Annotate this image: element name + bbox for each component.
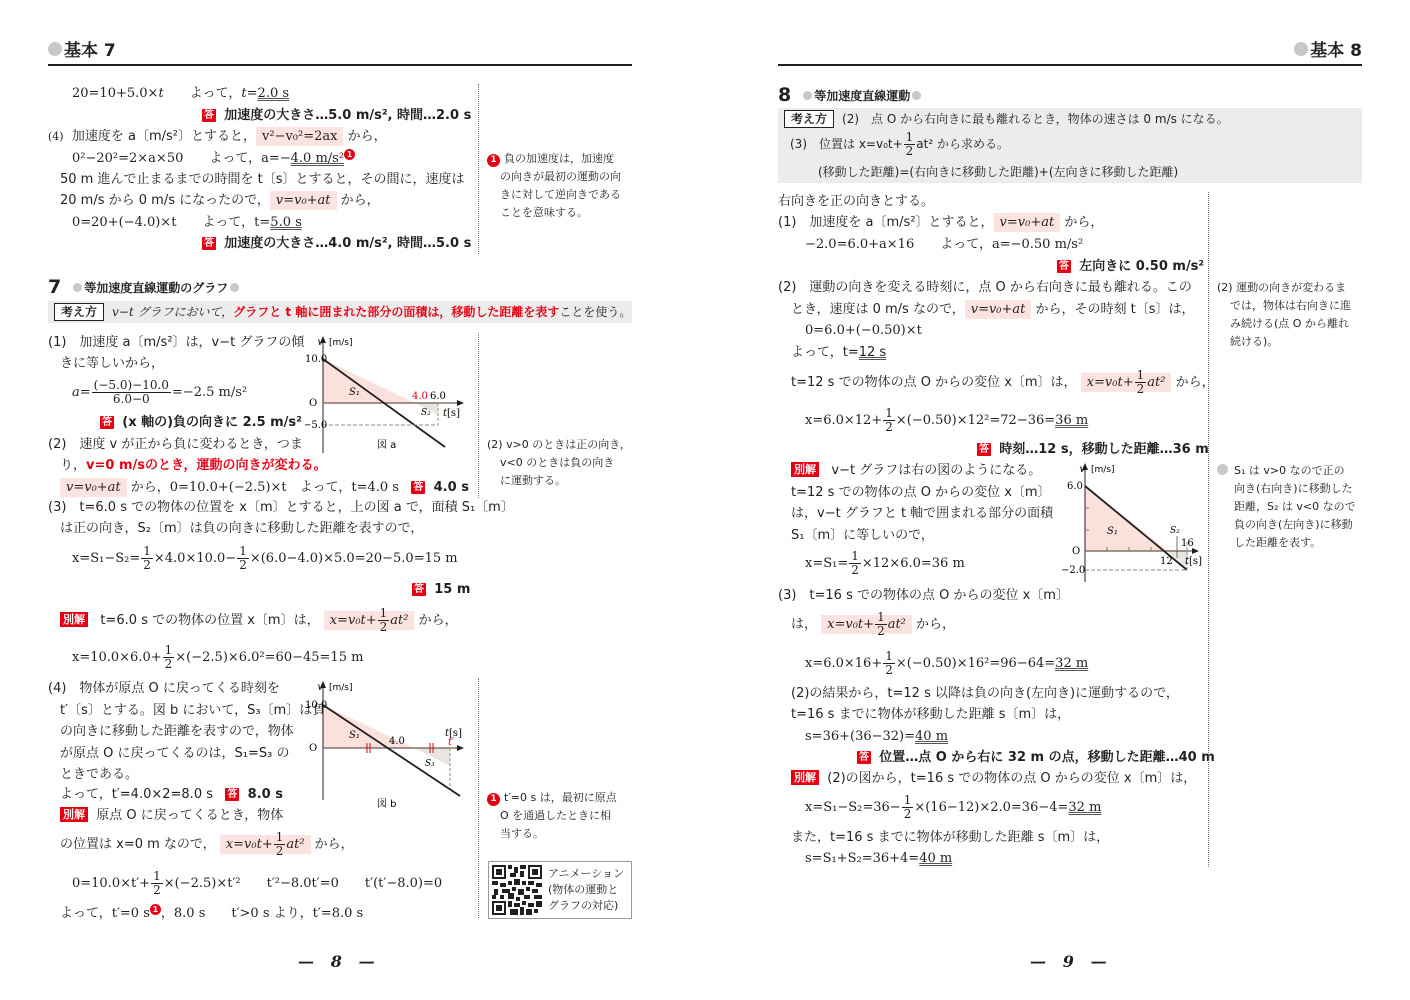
answer-tag: 答 — [202, 109, 216, 122]
text-line: 別解 v−t グラフは右の図のようになる。 — [791, 461, 1041, 481]
svg-text:O: O — [309, 398, 317, 409]
alt-solution-tag: 別解 — [791, 770, 819, 785]
alt-solution-tag: 別解 — [791, 462, 819, 477]
page-number: — 8 — — [298, 952, 375, 971]
svg-text:10.0: 10.0 — [305, 354, 327, 365]
text-line: (2)の結果から，t=12 s 以降は負の向き(左向き)に運動するので， — [791, 684, 1179, 704]
svg-text:6.0: 6.0 — [430, 391, 446, 402]
answer-tag: 答 — [202, 237, 216, 250]
formula-highlight: v²−v₀²=2ax — [256, 127, 343, 146]
svg-text:O: O — [309, 743, 317, 754]
svg-text:v: v — [317, 337, 323, 348]
section-title: 8 等加速度直線運動 — [778, 84, 923, 106]
text-line: 別解 原点 O に戻ってくるとき，物体 — [60, 806, 283, 826]
page-number: — 9 — — [1030, 952, 1107, 971]
text-line: また，t=16 s までに物体が移動した距離 s〔m〕は， — [791, 828, 1109, 848]
svg-text:図 b: 図 b — [377, 798, 397, 810]
formula-highlight: v=v₀+at — [994, 213, 1061, 232]
equation: 0=10.0×t′+12×(−2.5)×t′² t′²−8.0t′=0 t′(t… — [72, 869, 442, 899]
text-line: 50 m 進んで止まるまでの時間を t〔s〕とすると，その間に，速度は — [60, 170, 464, 190]
side-note: 1負の加速度は，加速度 の向きが最初の運動の向 きに対して逆向きである ことを意… — [487, 150, 621, 222]
left-page: 基本 7 20=10+5.0×t よって，t=2.0 s 答 加速度の大きさ…5… — [0, 0, 705, 1000]
svg-text:4.0: 4.0 — [389, 736, 405, 747]
formula-highlight: v=v₀+at — [60, 478, 127, 497]
text-line: v=v₀+at から，0=10.0+(−2.5)×t よって，t=4.0 s 答… — [60, 478, 469, 498]
text-line: (3) t=6.0 s での物体の位置を x〔m〕とすると，上の図 a で，面積… — [48, 498, 514, 518]
gray-dot-icon — [48, 42, 62, 56]
text-line: t=16 s までに物体が移動した距離 s〔m〕は， — [791, 705, 1070, 725]
page-header: 基本 8 — [1294, 36, 1362, 61]
alt-solution-tag: 別解 — [60, 807, 88, 822]
column-divider — [478, 678, 479, 918]
equation: x=6.0×12+12×(−0.50)×12²=72−36=36 m — [805, 406, 1088, 436]
text-line: は正の向き，S₂〔m〕は負の向きに移動した距離を表すので， — [60, 519, 423, 539]
svg-text:S₂: S₂ — [1170, 526, 1180, 536]
text-line: t=12 s での物体の点 O からの変位 x〔m〕 — [791, 483, 1051, 503]
header-rule — [48, 64, 632, 66]
svg-text:6.0: 6.0 — [1067, 481, 1083, 492]
equation: x=S₁=12×12×6.0=36 m — [805, 549, 965, 579]
column-divider — [1208, 192, 1209, 867]
side-note: 1t′=0 s は，最初に原点 O を通過したときに相 当する。 — [487, 789, 617, 843]
answer-tag: 答 — [1057, 260, 1071, 273]
header-rule — [778, 64, 1362, 66]
note-marker-icon: 1 — [150, 904, 161, 915]
text-block: (4) 物体が原点 O に戻ってくる時刻を t′〔s〕とする。図 b において，… — [48, 678, 325, 786]
svg-text:S₃: S₃ — [425, 759, 435, 769]
svg-text:S₁: S₁ — [349, 387, 360, 398]
approach-label: 考え方 — [54, 303, 104, 321]
text-line: り，v=0 m/sのとき，運動の向きが変わる。 — [60, 456, 326, 476]
vt-graph-section8: v [m/s] 6.0 O −2.0 S₁ S₂ 16 12 t[s] — [1055, 462, 1205, 587]
text-line: 20 m/s から 0 m/s になったので，v=v₀+at から， — [60, 191, 380, 211]
svg-text:4.0: 4.0 — [412, 391, 428, 402]
equation: x=S₁−S₂=12×4.0×10.0−12×(6.0−4.0)×5.0=20−… — [72, 544, 458, 574]
answer-tag: 答 — [100, 416, 114, 429]
approach-label: 考え方 — [784, 110, 834, 128]
right-page: 基本 8 8 等加速度直線運動 考え方(2) 点 O から右向きに最も離れるとき… — [705, 0, 1410, 1000]
svg-text:O: O — [1072, 546, 1080, 557]
answer-line: 答 左向きに 0.50 m/s² — [1057, 257, 1204, 277]
text-line: は，v−t グラフと t 軸で囲まれる部分の面積 — [791, 504, 1053, 524]
answer-line: 答 位置…点 O から右に 32 m の点，移動した距離…40 m — [857, 748, 1215, 768]
equation: x=6.0×16+12×(−0.50)×16²=96−64=32 m — [805, 649, 1088, 679]
svg-text:v: v — [1079, 464, 1085, 475]
text-line: 右向きを正の向きとする。 — [778, 192, 934, 212]
text-line: 0²−20²=2×a×50 よって，a=−4.0 m/s²1 — [72, 149, 355, 169]
side-note: (2) 運動の向きが変わるま では，物体は右向きに進 み続ける(点 O から離れ… — [1217, 279, 1351, 351]
svg-text:10.0: 10.0 — [305, 700, 327, 711]
note-marker-icon: 1 — [487, 793, 500, 806]
gray-dot-icon — [1294, 42, 1308, 56]
gray-dot-icon — [1217, 464, 1228, 475]
header-title: 基本 8 — [1310, 36, 1362, 61]
svg-text:S₁: S₁ — [349, 730, 360, 741]
equation: a=(−5.0)−10.06.0−0=−2.5 m/s² — [72, 378, 247, 408]
svg-text:−2.0: −2.0 — [1061, 565, 1085, 576]
section-title: 7 等加速度直線運動のグラフ — [48, 276, 241, 298]
side-note: (2) v>0 のときは正の向き， v<0 のときは負の向き に運動する。 — [487, 436, 631, 490]
svg-text:t[s]: t[s] — [443, 408, 460, 419]
text-line: t=12 s での物体の点 O からの変位 x〔m〕は， x=v₀t+12at²… — [791, 368, 1215, 398]
equation: x=S₁−S₂=36−12×(16−12)×2.0=36−4=32 m — [805, 793, 1101, 823]
text-line: きに等しいから， — [60, 354, 164, 374]
answer-line: 答 加速度の大きさ…5.0 m/s², 時間…2.0 s — [202, 106, 471, 126]
svg-text:S₁: S₁ — [1107, 526, 1118, 537]
text-line: 0=20+(−4.0)×t よって，t=5.0 s — [72, 213, 302, 233]
vt-graph-figure-b: v [m/s] 10.0 O S₁ 4.0 t[s] t′ S₃ 図 b — [305, 680, 480, 810]
header-title: 基本 7 — [64, 36, 116, 61]
page-header: 基本 7 — [48, 36, 116, 61]
svg-text:[m/s]: [m/s] — [1091, 465, 1115, 475]
text-line: (4) 加速度を a〔m/s²〕とすると，v²−v₀²=2ax から， — [48, 127, 387, 147]
column-divider — [478, 84, 479, 254]
svg-text:t′: t′ — [448, 737, 455, 748]
answer-tag: 答 — [977, 443, 991, 456]
text-line: 別解 t=6.0 s での物体の位置 x〔m〕は， x=v₀t+12at² から… — [60, 606, 458, 636]
formula-highlight: v=v₀+at — [270, 191, 337, 210]
equation: 0=6.0+(−0.50)×t — [805, 321, 922, 341]
text-line: (2) 速度 v が正から負に変わるとき，つま — [48, 435, 303, 455]
svg-text:S₂: S₂ — [421, 408, 431, 418]
vt-graph-figure-a: v [m/s] 10.0 O −5.0 S₁ 4.0 6.0 S₂ t[s] 図… — [305, 335, 480, 455]
answer-tag: 答 — [412, 583, 426, 596]
equation: s=S₁+S₂=36+4=40 m — [805, 849, 952, 869]
text-line: (1) 加速度 a〔m/s²〕は，v−t グラフの傾 — [48, 333, 304, 353]
svg-text:16: 16 — [1181, 538, 1194, 549]
answer-line: 答 15 m — [412, 580, 470, 600]
svg-text:図 a: 図 a — [377, 439, 396, 451]
text-line: (1) 加速度を a〔m/s²〕とすると，v=v₀+at から， — [778, 213, 1103, 233]
text-line: よって，t′=0 s1，8.0 s t′>0 s より，t′=8.0 s — [60, 904, 363, 924]
answer-line: 答 時刻…12 s，移動した距離…36 m — [977, 440, 1209, 460]
text-line: の位置は x=0 m なので， x=v₀t+12at² から， — [60, 830, 354, 860]
note-marker-icon: 1 — [487, 154, 500, 167]
formula-highlight: v=v₀+at — [965, 300, 1032, 319]
svg-text:[m/s]: [m/s] — [329, 338, 353, 348]
equation: −2.0=6.0+a×16 よって，a=−0.50 m/s² — [805, 235, 1083, 255]
svg-text:12: 12 — [1160, 556, 1173, 567]
text-line: (3) t=16 s での物体の点 O からの変位 x〔m〕 — [778, 586, 1069, 606]
text-line: よって，t=12 s — [791, 343, 886, 363]
answer-tag: 答 — [411, 481, 425, 494]
animation-qr-link[interactable]: アニメーション (物体の運動と グラフの対応) — [488, 861, 632, 919]
answer-line: 答 (x 軸の)負の向きに 2.5 m/s² — [100, 413, 302, 433]
text-line: よって，t′=4.0×2=8.0 s 答 8.0 s — [60, 785, 283, 805]
text-line: S₁〔m〕に等しいので， — [791, 526, 934, 546]
note-marker-icon: 1 — [344, 149, 355, 160]
equation: s=36+(36−32)=40 m — [805, 727, 948, 747]
answer-tag: 答 — [857, 751, 871, 764]
column-divider — [478, 333, 479, 498]
svg-text:t[s]: t[s] — [1185, 556, 1202, 567]
approach-box: 考え方(2) 点 O から右向きに最も離れるとき，物体の速さは 0 m/s にな… — [778, 108, 1362, 183]
answer-tag: 答 — [225, 788, 239, 801]
approach-box: 考え方v−t グラフにおいて，グラフと t 軸に囲まれた部分の面積は，移動した距… — [48, 301, 632, 323]
answer-line: 答 加速度の大きさ…4.0 m/s², 時間…5.0 s — [202, 234, 471, 254]
text-line: は， x=v₀t+12at² から， — [791, 610, 955, 640]
alt-solution-tag: 別解 — [60, 612, 88, 627]
text-line: 別解 (2)の図から，t=16 s での物体の点 O からの変位 x〔m〕は， — [791, 769, 1196, 789]
qr-code-icon — [492, 865, 542, 915]
svg-text:v: v — [317, 682, 323, 693]
text-line: とき，速度は 0 m/s なので，v=v₀+at から，その時刻 t〔s〕は， — [791, 300, 1195, 320]
text-line: 20=10+5.0×t よって，t=2.0 s — [72, 84, 289, 104]
text-line: (2) 運動の向きを変える時刻に，点 O から右向きに最も離れる。この — [778, 278, 1192, 298]
side-note: S₁ は v>0 なので正の 向き(右向き)に移動した 距離，S₂ は v<0 … — [1217, 462, 1356, 552]
svg-text:[m/s]: [m/s] — [329, 683, 353, 693]
svg-text:−5.0: −5.0 — [305, 420, 327, 431]
equation: x=10.0×6.0+12×(−2.5)×6.0²=60−45=15 m — [72, 643, 363, 673]
